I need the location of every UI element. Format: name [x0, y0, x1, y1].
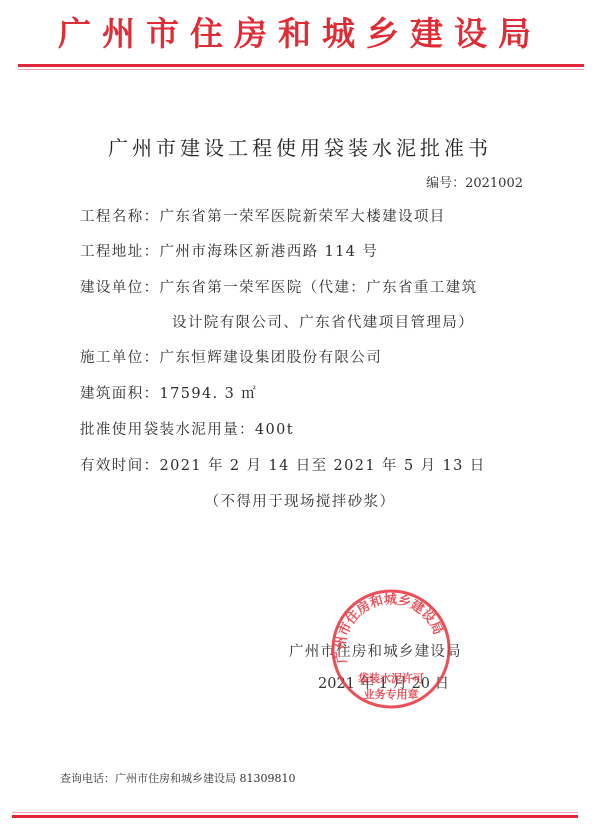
field-project-name: 工程名称：广东省第一荣军医院新荣军大楼建设项目	[80, 205, 446, 226]
field-value: 广东省第一荣军医院新荣军大楼建设项目	[160, 209, 446, 225]
field-developer: 建设单位：广东省第一荣军医院（代建：广东省重工建筑	[80, 276, 478, 297]
field-project-address: 工程地址：广州市海珠区新港西路 114 号	[80, 240, 378, 261]
document-number-value: 2021002	[465, 176, 523, 191]
field-label: 工程地址：	[80, 244, 160, 260]
field-developer-continuation: 设计院有限公司、广东省代建项目管理局）	[172, 311, 474, 332]
official-seal-icon: 广州市住房和城乡建设局 袋装水泥许可 业务专用章	[330, 588, 452, 710]
field-value: 广东恒辉建设集团股份有限公司	[160, 350, 383, 366]
field-label: 建设单位：	[80, 280, 160, 296]
field-cement-amount: 批准使用袋装水泥用量：400t	[80, 418, 294, 439]
field-value: 400t	[255, 422, 294, 438]
field-label: 批准使用袋装水泥用量：	[80, 422, 255, 438]
field-contractor: 施工单位：广东恒辉建设集团股份有限公司	[80, 346, 382, 367]
seal-inner-line1: 袋装水泥许可	[358, 671, 424, 685]
letterhead-red-rule	[18, 64, 584, 70]
document-number: 编号：2021002	[426, 172, 523, 191]
seal-inner-line2: 业务专用章	[364, 687, 419, 701]
field-building-area: 建筑面积：17594. 3 ㎡	[80, 382, 257, 403]
usage-note: （不得用于现场搅拌砂浆）	[0, 490, 600, 511]
letterhead-org-name: 广州市住房和城乡建设局	[0, 8, 600, 55]
field-value: 广东省第一荣军医院（代建：广东省重工建筑	[160, 280, 478, 296]
document-number-label: 编号：	[426, 176, 465, 191]
field-label: 工程名称：	[80, 209, 160, 225]
field-label: 有效时间：	[80, 458, 160, 474]
field-value: 广州市海珠区新港西路 114 号	[160, 244, 379, 260]
field-validity-period: 有效时间：2021 年 2 月 14 日至 2021 年 5 月 13 日	[80, 454, 486, 475]
field-label: 施工单位：	[80, 350, 160, 366]
document-title: 广州市建设工程使用袋装水泥批准书	[0, 132, 600, 161]
footer-red-rule	[12, 812, 578, 818]
field-label: 建筑面积：	[80, 386, 160, 402]
footer-contact: 查询电话：广州市住房和城乡建设局 81309810	[60, 770, 295, 786]
field-value: 17594. 3 ㎡	[160, 386, 258, 402]
field-value: 2021 年 2 月 14 日至 2021 年 5 月 13 日	[160, 458, 486, 474]
